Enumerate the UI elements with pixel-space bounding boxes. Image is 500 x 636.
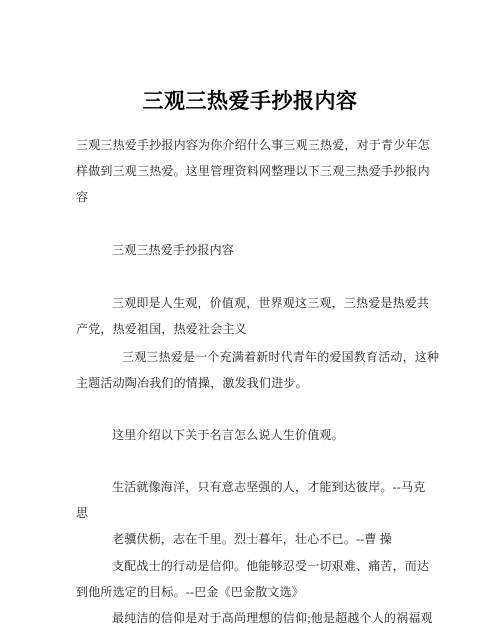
paragraph-activity: 三观三热爱是一个充满着新时代青年的爱国教育活动，这种主题活动陶冶我们的情操，激发… (76, 344, 436, 396)
paragraph-quote-belief: 最纯洁的信仰是对于高尚理想的信仰;他是超越个人的祸福观 (76, 605, 436, 631)
paragraph-subtitle: 三观三热爱手抄报内容 (76, 237, 436, 263)
text-line: 三观即是人生观，价值观，世界观这三观，三热爱是热爱共 (76, 290, 436, 316)
paragraph-quote-makesi: 生活就像海洋，只有意志坚强的人，才能到达彼岸。--马克思 (76, 474, 436, 526)
text-line: 老骥伏枥，志在千里。烈士暮年，壮心不已。--曹 操 (76, 526, 436, 552)
text-line: 产党，热爱祖国，热爱社会主义 (76, 316, 436, 342)
text-line: 样做到三观三热爱。这里管理资料网整理以下三观三热爱手抄报内 (76, 158, 436, 184)
text-line: 主题活动陶冶我们的情操，激发我们进步。 (76, 370, 436, 396)
text-line: 容 (76, 184, 436, 210)
text-line: 三观三热爱手抄报内容 (76, 237, 436, 263)
paragraph-quote-bajin: 支配战士的行动是信仰。他能够忍受一切艰难、痛苦，而达到他所选定的目标。--巴金《… (76, 553, 436, 605)
paragraph-quote-caocao: 老骥伏枥，志在千里。烈士暮年，壮心不已。--曹 操 (76, 526, 436, 552)
text-line: 思 (76, 500, 436, 526)
paragraph-three-views: 三观即是人生观，价值观，世界观这三观，三热爱是热爱共产党，热爱祖国，热爱社会主义 (76, 290, 436, 342)
document-title: 三观三热爱手抄报内容 (0, 86, 500, 116)
text-line: 最纯洁的信仰是对于高尚理想的信仰;他是超越个人的祸福观 (76, 605, 436, 631)
text-line: 生活就像海洋，只有意志坚强的人，才能到达彼岸。--马克 (76, 474, 436, 500)
text-line: 支配战士的行动是信仰。他能够忍受一切艰难、痛苦，而达 (76, 553, 436, 579)
paragraph-quotes-intro: 这里介绍以下关于名言怎么说人生价值观。 (76, 422, 436, 448)
text-line: 到他所选定的目标。--巴金《巴金散文选》 (76, 579, 436, 605)
document-page: 三观三热爱手抄报内容 三观三热爱手抄报内容为你介绍什么事三观三热爱，对于青少年怎… (0, 0, 500, 636)
text-line: 三观三热爱是一个充满着新时代青年的爱国教育活动，这种 (76, 344, 436, 370)
paragraph-intro: 三观三热爱手抄报内容为你介绍什么事三观三热爱，对于青少年怎样做到三观三热爱。这里… (76, 132, 436, 210)
text-line: 三观三热爱手抄报内容为你介绍什么事三观三热爱，对于青少年怎 (76, 132, 436, 158)
document-body: 三观三热爱手抄报内容为你介绍什么事三观三热爱，对于青少年怎样做到三观三热爱。这里… (76, 132, 436, 631)
text-line: 这里介绍以下关于名言怎么说人生价值观。 (76, 422, 436, 448)
